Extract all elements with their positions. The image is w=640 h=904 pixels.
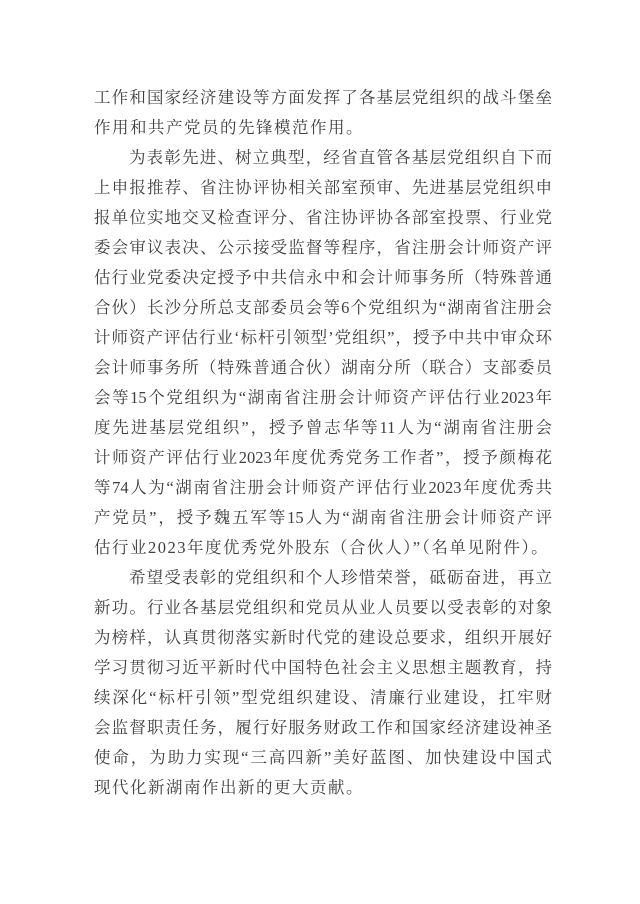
text-line: 委会审议表决、公示接受监督等程序，省注册会计师资产评	[94, 233, 552, 263]
text-line: 计师资产评估行业‘标杆引领型’党组织”，授予中共中审众环	[94, 323, 552, 353]
text-line: 为表彰先进、树立典型，经省直管各基层党组织自下而	[94, 143, 552, 173]
text-line: 计师资产评估行业2023年度优秀党务工作者”，授予颜梅花	[94, 443, 552, 473]
text-line: 会计师事务所（特殊普通合伙）湖南分所（联合）支部委员	[94, 353, 552, 383]
text-line: 为榜样，认真贯彻落实新时代党的建设总要求，组织开展好	[94, 623, 552, 653]
text-line: 会等15个党组织为“湖南省注册会计师资产评估行业2023年	[94, 383, 552, 413]
text-line: 等74人为“湖南省注册会计师资产评估行业2023年度优秀共	[94, 473, 552, 503]
text-line: 作用和共产党员的先锋模范作用。	[94, 113, 552, 143]
text-line: 新功。行业各基层党组织和党员从业人员要以受表彰的对象	[94, 593, 552, 623]
text-line: 估行业党委决定授予中共信永中和会计师事务所（特殊普通	[94, 263, 552, 293]
text-line: 合伙）长沙分所总支部委员会等6个党组织为“湖南省注册会	[94, 293, 552, 323]
text-line: 上申报推荐、省注协评协相关部室预审、先进基层党组织申	[94, 173, 552, 203]
text-line: 希望受表彰的党组织和个人珍惜荣誉，砥砺奋进，再立	[94, 563, 552, 593]
text-line: 学习贯彻习近平新时代中国特色社会主义思想主题教育，持	[94, 653, 552, 683]
text-line: 续深化“标杆引领”型党组织建设、清廉行业建设，扛牢财	[94, 683, 552, 713]
text-line: 估行业2023年度优秀党外股东（合伙人）”（名单见附件）。	[94, 533, 552, 563]
text-line: 使命，为助力实现“三高四新”美好蓝图、加快建设中国式	[94, 743, 552, 773]
document-text-body: 工作和国家经济建设等方面发挥了各基层党组织的战斗堡垒作用和共产党员的先锋模范作用…	[94, 83, 552, 803]
text-line: 报单位实地交叉检查评分、省注协评协各部室投票、行业党	[94, 203, 552, 233]
document-page: 工作和国家经济建设等方面发挥了各基层党组织的战斗堡垒作用和共产党员的先锋模范作用…	[0, 0, 640, 904]
text-line: 度先进基层党组织”，授予曾志华等11人为“湖南省注册会	[94, 413, 552, 443]
text-line: 产党员”，授予魏五军等15人为“湖南省注册会计师资产评	[94, 503, 552, 533]
text-line: 现代化新湖南作出新的更大贡献。	[94, 773, 552, 803]
text-line: 会监督职责任务，履行好服务财政工作和国家经济建设神圣	[94, 713, 552, 743]
text-line: 工作和国家经济建设等方面发挥了各基层党组织的战斗堡垒	[94, 83, 552, 113]
